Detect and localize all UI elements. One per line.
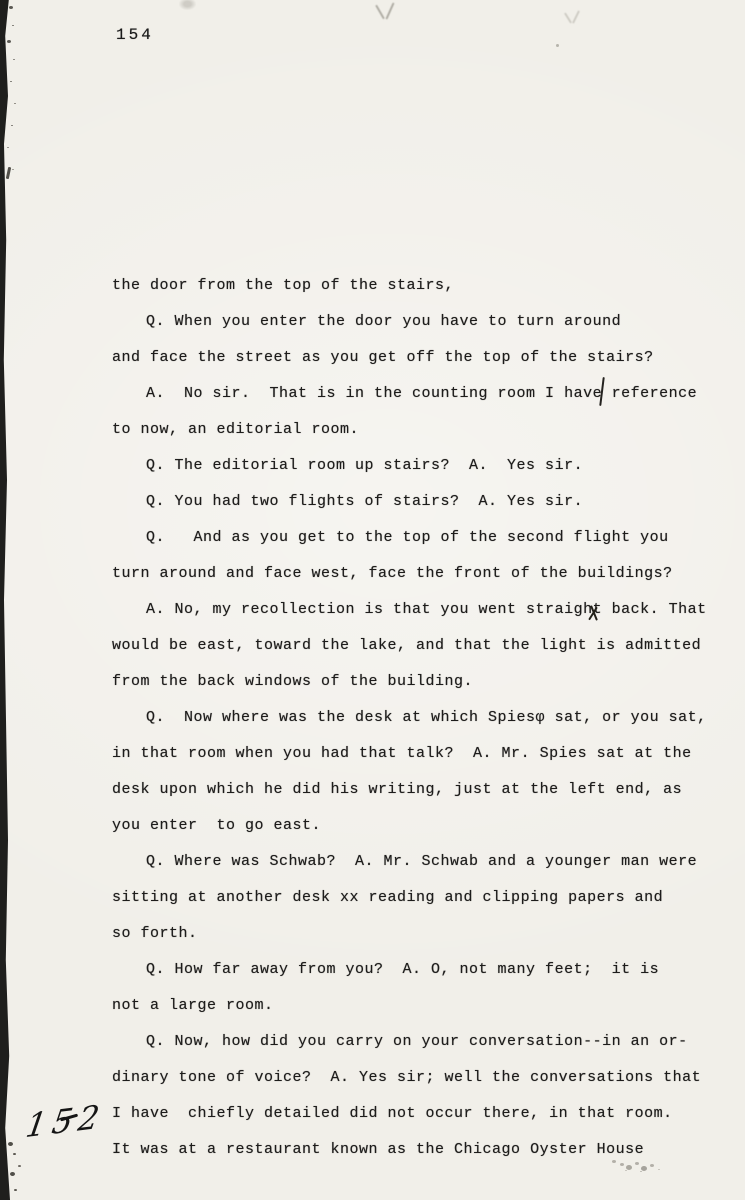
page-number: 154 bbox=[116, 26, 154, 44]
transcript-line: from the back windows of the building. bbox=[112, 664, 728, 700]
transcript-line: to now, an editorial room. bbox=[112, 412, 728, 448]
transcript-line: A. No sir. That is in the counting room … bbox=[112, 376, 728, 412]
transcript-lines: the door from the top of the stairs,Q. W… bbox=[112, 268, 728, 1168]
transcript-line: Q. You had two flights of stairs? A. Yes… bbox=[112, 484, 728, 520]
transcript-line: Q. Where was Schwab? A. Mr. Schwab and a… bbox=[112, 844, 728, 880]
transcript-line: dinary tone of voice? A. Yes sir; well t… bbox=[112, 1060, 728, 1096]
transcript-line: you enter to go east. bbox=[112, 808, 728, 844]
scanner-edge-speckle-bottom bbox=[8, 1142, 13, 1146]
transcript-line: Q. And as you get to the top of the seco… bbox=[112, 520, 728, 556]
scanned-transcript-page: 154 the door from the top of the stairs,… bbox=[0, 0, 745, 1200]
bottom-right-smudge bbox=[612, 1160, 616, 1163]
transcript-line: Q. The editorial room up stairs? A. Yes … bbox=[112, 448, 728, 484]
transcript-line: Q. When you enter the door you have to t… bbox=[112, 304, 728, 340]
left-margin-tick-mark bbox=[6, 167, 11, 179]
transcript-line: not a large room. bbox=[112, 988, 728, 1024]
top-check-smudge bbox=[385, 2, 394, 19]
scanner-edge-band bbox=[0, 0, 10, 1200]
top-margin-smudge bbox=[179, 0, 196, 10]
transcript-line: It was at a restaurant known as the Chic… bbox=[112, 1132, 728, 1168]
transcript-line: Q. How far away from you? A. O, not many… bbox=[112, 952, 728, 988]
scanner-edge-speckle-top bbox=[9, 6, 13, 9]
transcript-line: I have chiefly detailed did not occur th… bbox=[112, 1096, 728, 1132]
transcript-line: and face the street as you get off the t… bbox=[112, 340, 728, 376]
transcript-line: A. No, my recollection is that you went … bbox=[112, 592, 728, 628]
handwritten-page-number: 152 bbox=[23, 1097, 108, 1146]
transcript-line: sitting at another desk xx reading and c… bbox=[112, 880, 728, 916]
transcript-line: would be east, toward the lake, and that… bbox=[112, 628, 728, 664]
top-right-check-smudge bbox=[572, 10, 580, 23]
transcript-line: turn around and face west, face the fron… bbox=[112, 556, 728, 592]
transcript-line: Q. Now where was the desk at which Spies… bbox=[112, 700, 728, 736]
ink-speck bbox=[556, 44, 559, 47]
top-right-check-smudge bbox=[564, 12, 572, 23]
transcript-line: desk upon which he did his writing, just… bbox=[112, 772, 728, 808]
transcript-line: so forth. bbox=[112, 916, 728, 952]
transcript-line: the door from the top of the stairs, bbox=[112, 268, 728, 304]
transcript-line: in that room when you had that talk? A. … bbox=[112, 736, 728, 772]
transcript-line: Q. Now, how did you carry on your conver… bbox=[112, 1024, 728, 1060]
top-check-smudge bbox=[375, 5, 385, 20]
